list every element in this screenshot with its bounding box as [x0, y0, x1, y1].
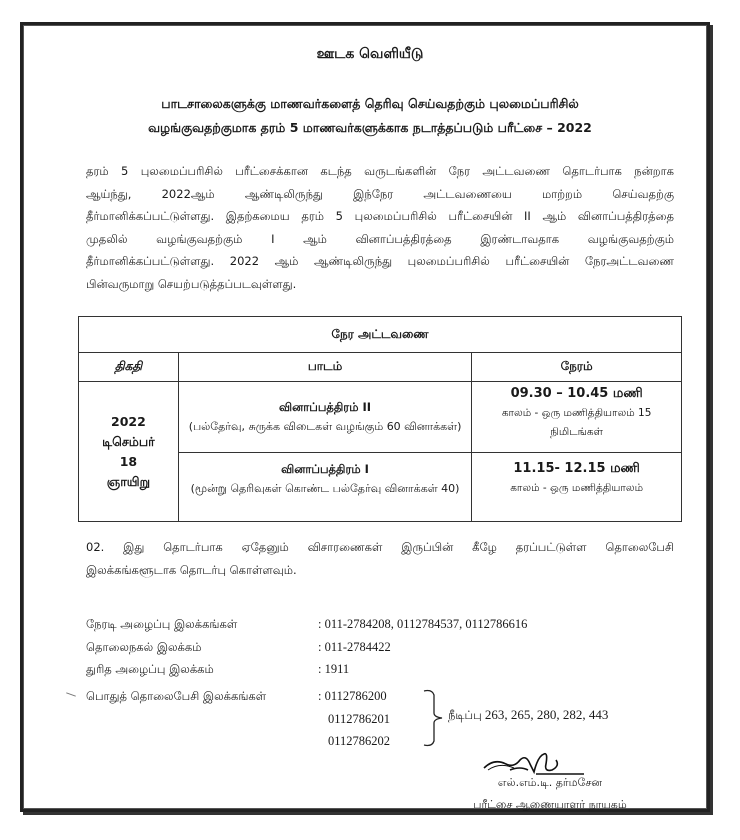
contact-label: துரித அழைப்பு இலக்கம் — [86, 658, 214, 681]
header-date: திகதி — [79, 353, 179, 382]
subtitle-line: பாடசாலைகளுக்கு மாணவர்களைத் தெரிவு செய்வத… — [0, 92, 740, 116]
general-phone-label: பொதுத் தொலைபேசி இலக்கங்கள் — [86, 685, 266, 707]
paper-description: (மூன்று தெரிவுகள் கொண்ட பல்தேர்வு வினாக்… — [179, 479, 471, 499]
signatory-name: எல்.எம்.டி. தர்மசேன — [420, 776, 680, 791]
time-duration: காலம் - ஒரு மணித்தியாலம் — [472, 479, 681, 498]
time-duration: காலம் - ஒரு மணித்தியாலம் 15 நிமிடங்கள் — [472, 404, 681, 442]
table-row: 2022 டிசெம்பர் 18 ஞாயிறு வினாப்பத்திரம் … — [79, 382, 682, 453]
schedule-caption: நேர அட்டவணை — [79, 317, 682, 353]
paragraph-line: 02. இது தொடர்பாக ஏதேனும் விசாரணைகள் இருப… — [86, 536, 674, 559]
contact-value: : 1911 — [318, 658, 349, 681]
header-subject: பாடம் — [178, 353, 471, 382]
signatory-title: பரீட்சை ஆணையாளர் நாயகம் — [420, 798, 680, 813]
intro-paragraph: தரம் 5 புலமைப்பரிசில் பரீட்சைக்கான கடந்த… — [86, 160, 674, 295]
time-cell: 09.30 – 10.45 மணி காலம் - ஒரு மணித்தியால… — [472, 382, 682, 453]
paper-title: வினாப்பத்திரம் I — [179, 459, 471, 479]
paragraph-line: தரம் 5 புலமைப்பரிசில் பரீட்சைக்கான கடந்த… — [86, 160, 674, 183]
paragraph-line: ஆய்ந்து, 2022ஆம் ஆண்டிலிருந்து இந்நேர அட… — [86, 183, 674, 206]
schedule-table: நேர அட்டவணை திகதி பாடம் நேரம் 2022 டிசெம… — [78, 316, 682, 522]
time-range: 09.30 – 10.45 மணி — [472, 384, 681, 404]
date-year: 2022 — [79, 412, 178, 432]
signature-icon — [480, 750, 590, 778]
contact-label: தொலைநகல் இலக்கம் — [86, 636, 202, 659]
date-month: டிசெம்பர் — [79, 432, 178, 452]
exam-date-cell: 2022 டிசெம்பர் 18 ஞாயிறு — [79, 382, 179, 522]
paragraph-line: பின்வருமாறு செயற்படுத்தப்படவுள்ளது. — [86, 273, 674, 296]
document-subtitle: பாடசாலைகளுக்கு மாணவர்களைத் தெரிவு செய்வத… — [0, 92, 740, 140]
time-range: 11.15- 12.15 மணி — [472, 459, 681, 479]
phone-number: : 0112786200 — [318, 685, 390, 708]
extension-info: நீடிப்பு 263, 265, 280, 282, 443 — [448, 707, 608, 724]
contact-value: : 011-2784208, 0112784537, 0112786616 — [318, 613, 527, 636]
header-time: நேரம் — [472, 353, 682, 382]
paragraph-line: தீர்மானிக்கப்பட்டுள்ளது. இதற்கமைய தரம் 5… — [86, 205, 674, 228]
date-day: 18 — [79, 452, 178, 472]
extension-label: நீடிப்பு — [448, 708, 482, 722]
paragraph-line: முதலில் வழங்குவதற்கும் I ஆம் வினாப்பத்தி… — [86, 228, 674, 251]
right-brace-icon — [422, 687, 446, 749]
paper-description: (பல்தேர்வு, சுருக்க விடைகள் வழங்கும் 60 … — [179, 417, 471, 437]
contact-label: நேரடி அழைப்பு இலக்கங்கள் — [86, 613, 237, 636]
paragraph-line: இலக்கங்களூடாக தொடர்பு கொள்ளவும். — [86, 559, 674, 582]
inquiry-paragraph: 02. இது தொடர்பாக ஏதேனும் விசாரணைகள் இருப… — [86, 536, 674, 582]
paper-cell: வினாப்பத்திரம் I (மூன்று தெரிவுகள் கொண்ட… — [178, 453, 471, 522]
paragraph-line: தீர்மானிக்கப்பட்டுள்ளது. 2022 ஆம் ஆண்டில… — [86, 250, 674, 273]
time-cell: 11.15- 12.15 மணி காலம் - ஒரு மணித்தியாலம… — [472, 453, 682, 522]
subtitle-line: வழங்குவதற்குமாக தரம் 5 மாணவர்களுக்காக நட… — [0, 116, 740, 140]
phone-number: 0112786201 — [318, 708, 390, 731]
extension-numbers: 263, 265, 280, 282, 443 — [485, 707, 609, 722]
contact-value: : 011-2784422 — [318, 636, 391, 659]
paper-cell: வினாப்பத்திரம் II (பல்தேர்வு, சுருக்க வி… — [178, 382, 471, 453]
date-weekday: ஞாயிறு — [79, 472, 178, 492]
document-title: ஊடக வெளியீடு — [0, 46, 740, 64]
general-phone-numbers: : 0112786200 0112786201 0112786202 — [318, 685, 390, 753]
paper-title: வினாப்பத்திரம் II — [179, 397, 471, 417]
phone-number: 0112786202 — [318, 730, 390, 753]
